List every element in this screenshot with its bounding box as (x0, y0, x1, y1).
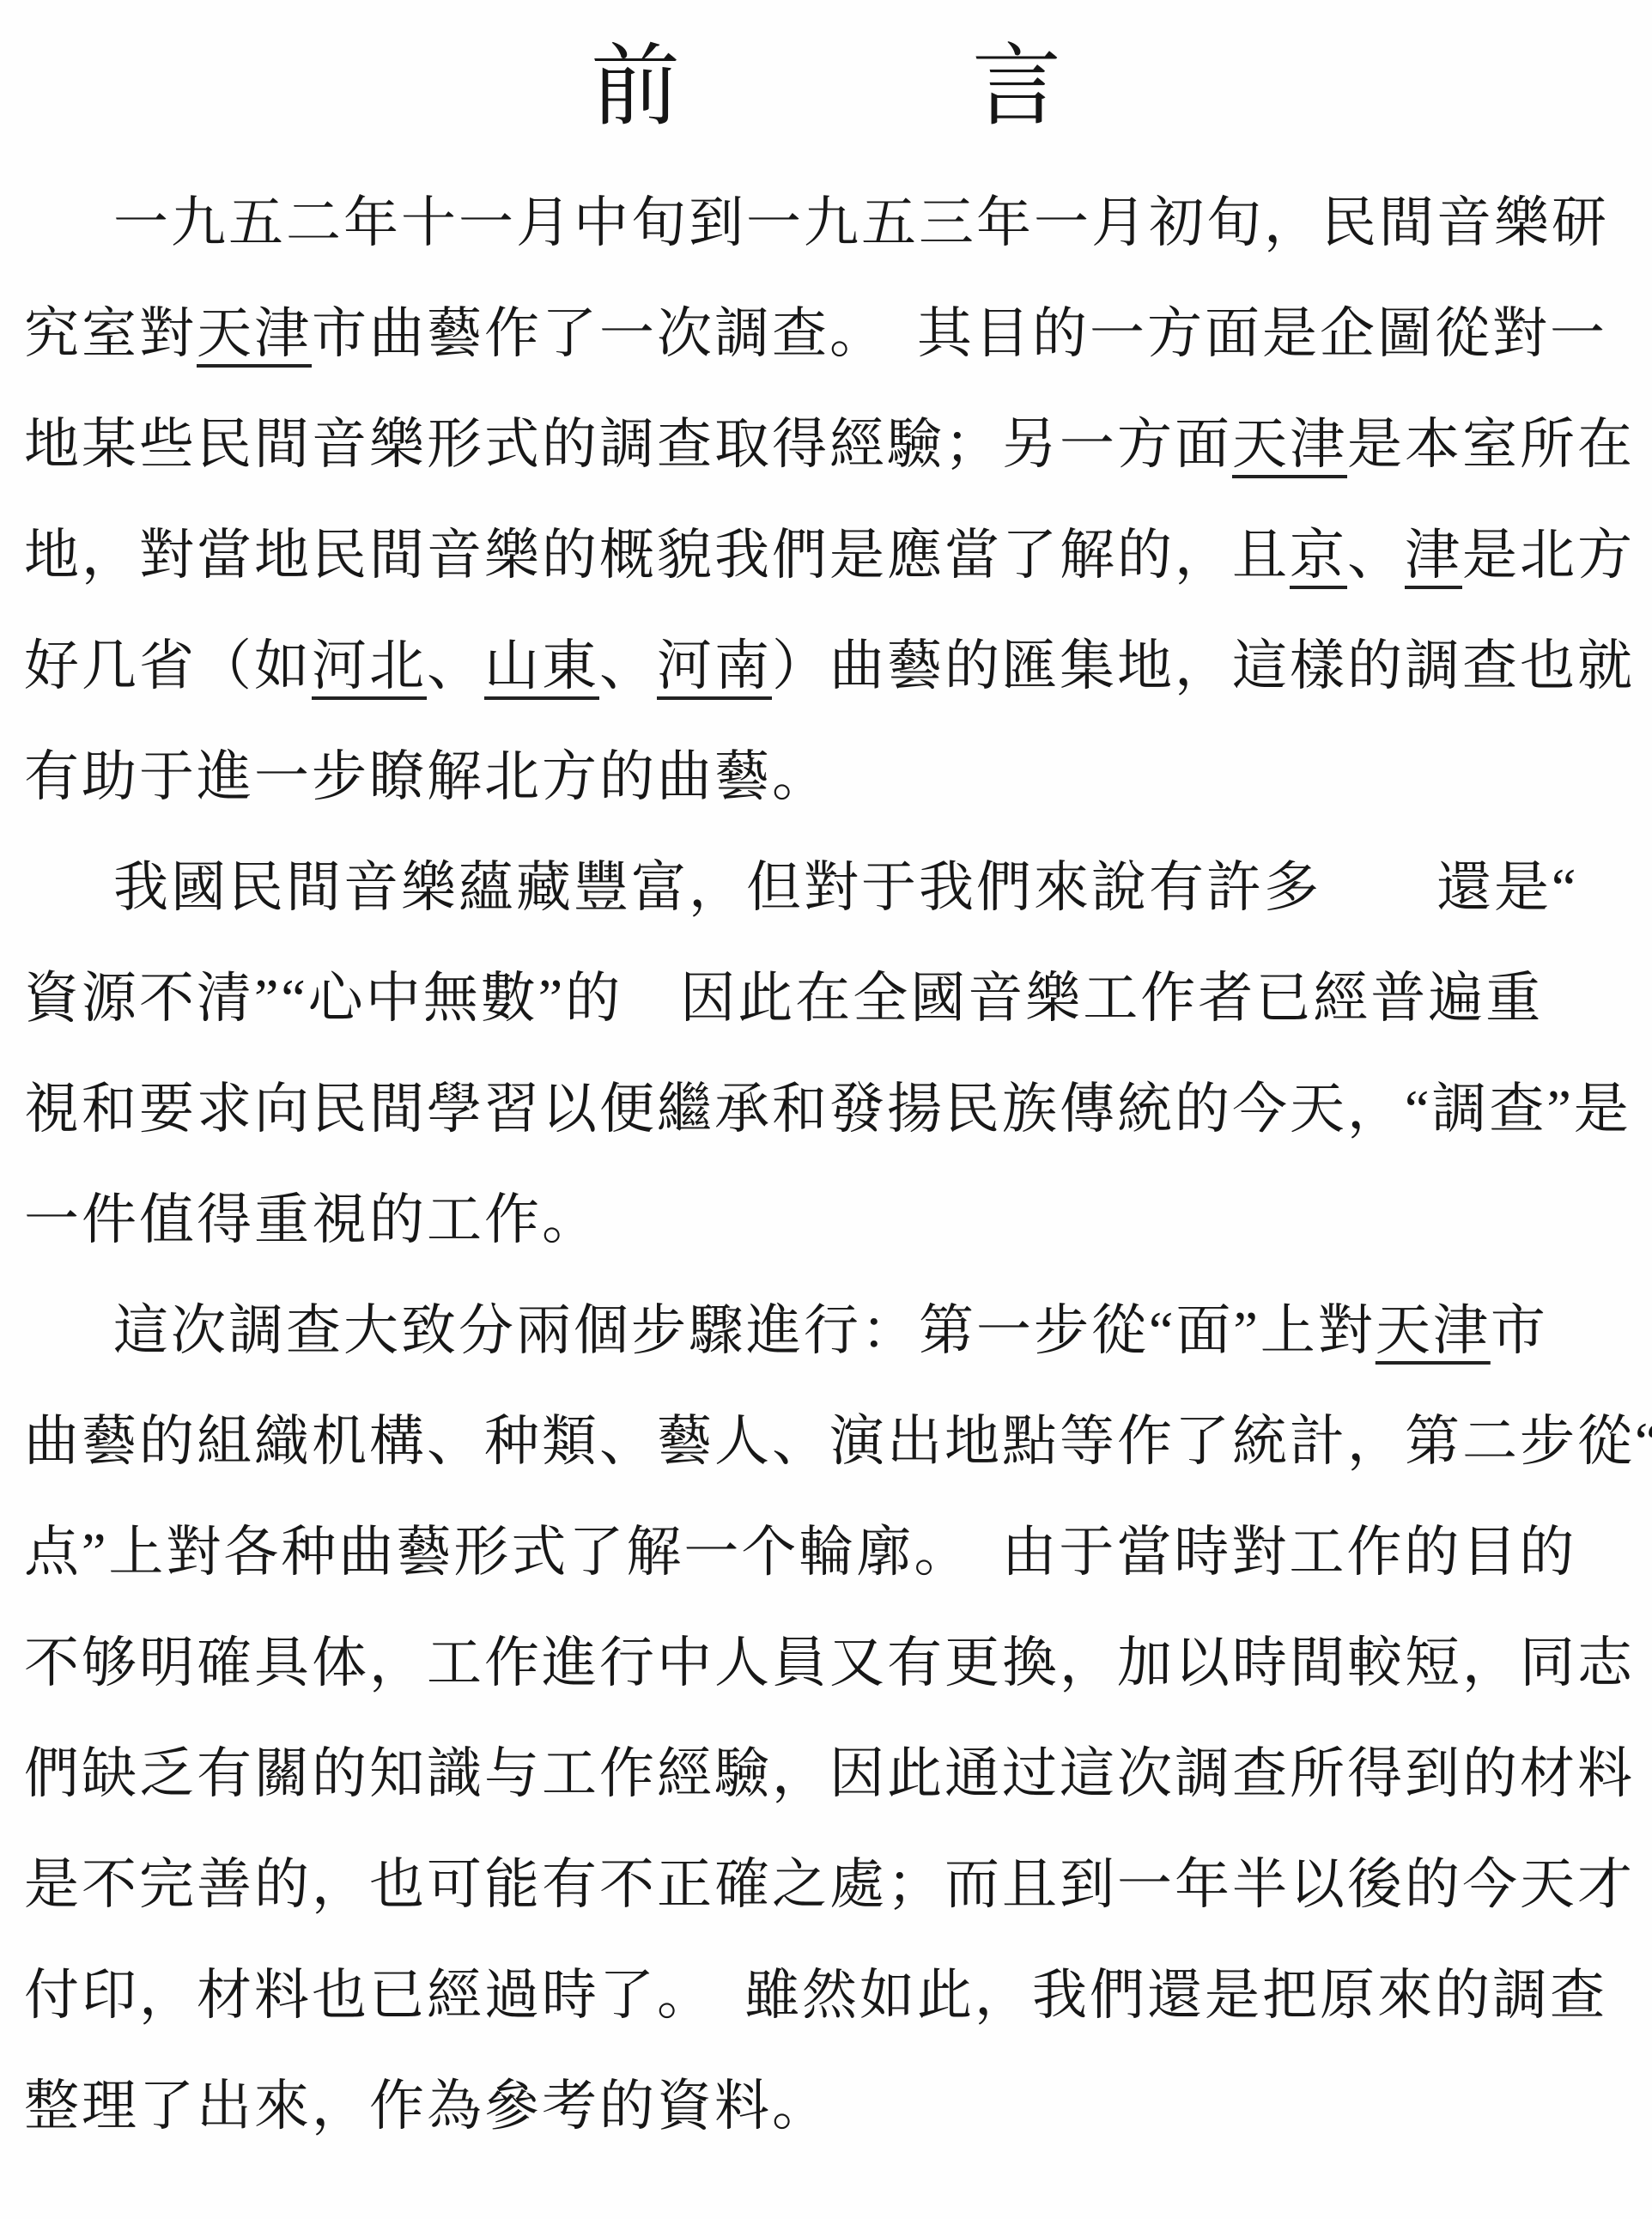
text-segment: 究室對 (24, 303, 197, 364)
text-segment: 是北方 (1462, 525, 1635, 586)
text-line: 我國民間音樂蘊藏豐富，但對于我們來說有許多 還是“ (24, 832, 1628, 943)
proper-noun-underlined-text: 京 (1290, 525, 1347, 586)
proper-noun-underlined-text: 天津 (197, 303, 312, 364)
text-line: 資源不清”“心中無數”的 因此在全國音樂工作者已經普遍重 (24, 943, 1628, 1054)
text-segment: 、 (427, 635, 484, 696)
text-segment: 曲藝的組織机構、种類、藝人、演出地點等作了統計，第二步從“ (24, 1411, 1652, 1472)
text-segment: ）曲藝的匯集地，這樣的調查也就 (772, 635, 1635, 696)
proper-noun-underlined-text: 天津 (1376, 1300, 1491, 1361)
text-segment: 資源不清”“心中無數”的 因此在全國音樂工作者已經普遍重 (24, 968, 1543, 1029)
text-segment: 、 (599, 635, 657, 696)
proper-noun-underlined-text: 河南 (657, 635, 772, 696)
text-segment: 市 (1491, 1300, 1548, 1361)
text-segment: 地，對當地民間音樂的概貌我們是應當了解的，且 (24, 525, 1290, 586)
text-line: 不够明確具体，工作進行中人員又有更換，加以時間較短，同志 (24, 1608, 1628, 1718)
text-segment: 我國民間音樂蘊藏豐富，但對于我們來說有許多 還是“ (113, 857, 1578, 918)
text-segment: 們缺乏有關的知識与工作經驗，因此通过這次調查所得到的材料 (24, 1743, 1635, 1804)
text-segment: 点”上對各种曲藝形式了解一个輪廓。 由于當時對工作的目的 (24, 1522, 1576, 1583)
text-line: 地某些民間音樂形式的調查取得經驗；另一方面天津是本室所在 (24, 389, 1628, 500)
title-char-first: 前 (591, 29, 680, 145)
text-line: 曲藝的組織机構、种類、藝人、演出地點等作了統計，第二步從“ (24, 1386, 1628, 1497)
text-line: 們缺乏有關的知識与工作經驗，因此通过這次調查所得到的材料 (24, 1718, 1628, 1829)
page-title: 前 言 (24, 29, 1628, 145)
proper-noun-underlined-text: 河北 (312, 635, 427, 696)
title-char-second: 言 (972, 29, 1061, 145)
proper-noun-underlined-text: 天津 (1232, 414, 1347, 475)
text-segment: 是不完善的，也可能有不正確之處；而且到一年半以後的今天才 (24, 1854, 1635, 1915)
text-line: 一九五二年十一月中旬到一九五三年一月初旬，民間音樂研 (24, 167, 1628, 278)
text-line: 有助于進一步瞭解北方的曲藝。 (24, 721, 1628, 832)
proper-noun-underlined-text: 津 (1405, 525, 1462, 586)
text-line: 付印，材料也已經過時了。 雖然如此，我們還是把原來的調查 (24, 1940, 1628, 2051)
text-line: 這次調查大致分兩個步驟進行：第一步從“面”上對天津市 (24, 1275, 1628, 1386)
proper-noun-underlined-text: 山東 (484, 635, 599, 696)
text-line: 一件值得重視的工作。 (24, 1164, 1628, 1275)
text-segment: 市曲藝作了一次調查。 其目的一方面是企圖從對一 (312, 303, 1607, 364)
scanned-document-page: 前 言 一九五二年十一月中旬到一九五三年一月初旬，民間音樂研究室對天津市曲藝作了… (0, 0, 1652, 2219)
text-line: 究室對天津市曲藝作了一次調查。 其目的一方面是企圖從對一 (24, 278, 1628, 389)
text-segment: 一件值得重視的工作。 (24, 1189, 599, 1250)
text-segment: 整理了出來，作為參考的資料。 (24, 2076, 829, 2137)
text-segment: 付印，材料也已經過時了。 雖然如此，我們還是把原來的調查 (24, 1965, 1607, 2026)
text-line: 視和要求向民間學習以便繼承和發揚民族傳統的今天，“調查”是 (24, 1054, 1628, 1164)
text-segment: 有助于進一步瞭解北方的曲藝。 (24, 746, 829, 807)
text-line: 点”上對各种曲藝形式了解一个輪廓。 由于當時對工作的目的 (24, 1497, 1628, 1608)
text-segment: 一九五二年十一月中旬到一九五三年一月初旬，民間音樂研 (113, 192, 1609, 253)
text-segment: 、 (1347, 525, 1405, 586)
text-line: 整理了出來，作為參考的資料。 (24, 2051, 1628, 2161)
text-segment: 不够明確具体，工作進行中人員又有更換，加以時間較短，同志 (24, 1632, 1635, 1693)
text-line: 是不完善的，也可能有不正確之處；而且到一年半以後的今天才 (24, 1829, 1628, 1940)
text-line: 地，對當地民間音樂的概貌我們是應當了解的，且京、津是北方 (24, 500, 1628, 611)
text-segment: 這次調查大致分兩個步驟進行：第一步從“面”上對 (113, 1300, 1376, 1361)
text-segment: 是本室所在 (1347, 414, 1635, 475)
document-body: 一九五二年十一月中旬到一九五三年一月初旬，民間音樂研究室對天津市曲藝作了一次調查… (24, 167, 1628, 2161)
text-line: 好几省（如河北、山東、河南）曲藝的匯集地，這樣的調查也就 (24, 611, 1628, 721)
text-segment: 好几省（如 (24, 635, 312, 696)
text-segment: 視和要求向民間學習以便繼承和發揚民族傳統的今天，“調查”是 (24, 1079, 1631, 1140)
text-segment: 地某些民間音樂形式的調查取得經驗；另一方面 (24, 414, 1232, 475)
